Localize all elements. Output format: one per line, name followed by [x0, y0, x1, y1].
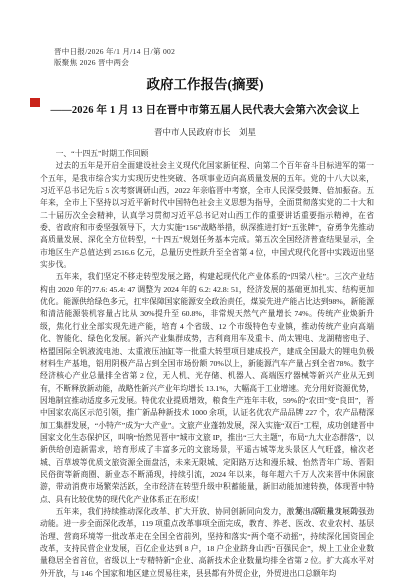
body-paragraph: 五年来，我们坚定不移走转型发展之路，构建起现代化产业体系的“四梁八柱”。三次产业… — [40, 271, 374, 506]
page-title: 政府工作报告(摘要) — [0, 73, 410, 93]
body-paragraphs: 过去的五年是开启全面建设社会主义现代化国家新征程、向第二个百年奋斗目标进军的第一… — [40, 160, 374, 580]
report-subtitle: ——2026 年 1 月 13 日在晋中市第五届人民代表大会第六次会议上 — [20, 102, 390, 117]
masthead-edition-line: 版聚焦 2026 晋中两会 — [54, 57, 380, 68]
section-heading: 一、“十四五”时期工作回顾 — [40, 148, 374, 160]
body-paragraph: 过去的五年是开启全面建设社会主义现代化国家新征程、向第二个百年奋斗目标进军的第一… — [40, 160, 374, 271]
report-byline: 晋中市人民政府市长 刘星 — [0, 126, 410, 138]
masthead: 晋中日报/2026 年/1 月/14 日/第 002 版聚焦 2026 晋中两会 — [54, 46, 380, 68]
page-number: 第 1 页 共 11 页 — [296, 505, 358, 516]
masthead-source-line: 晋中日报/2026 年/1 月/14 日/第 002 — [54, 46, 380, 57]
document-page: 晋中日报/2026 年/1 月/14 日/第 002 版聚焦 2026 晋中两会… — [0, 0, 410, 580]
body-paragraph: 五年来，我们持续推动深化改革、扩大开放、协同创新同向发力，激发出高质量发展的强劲… — [40, 506, 374, 580]
